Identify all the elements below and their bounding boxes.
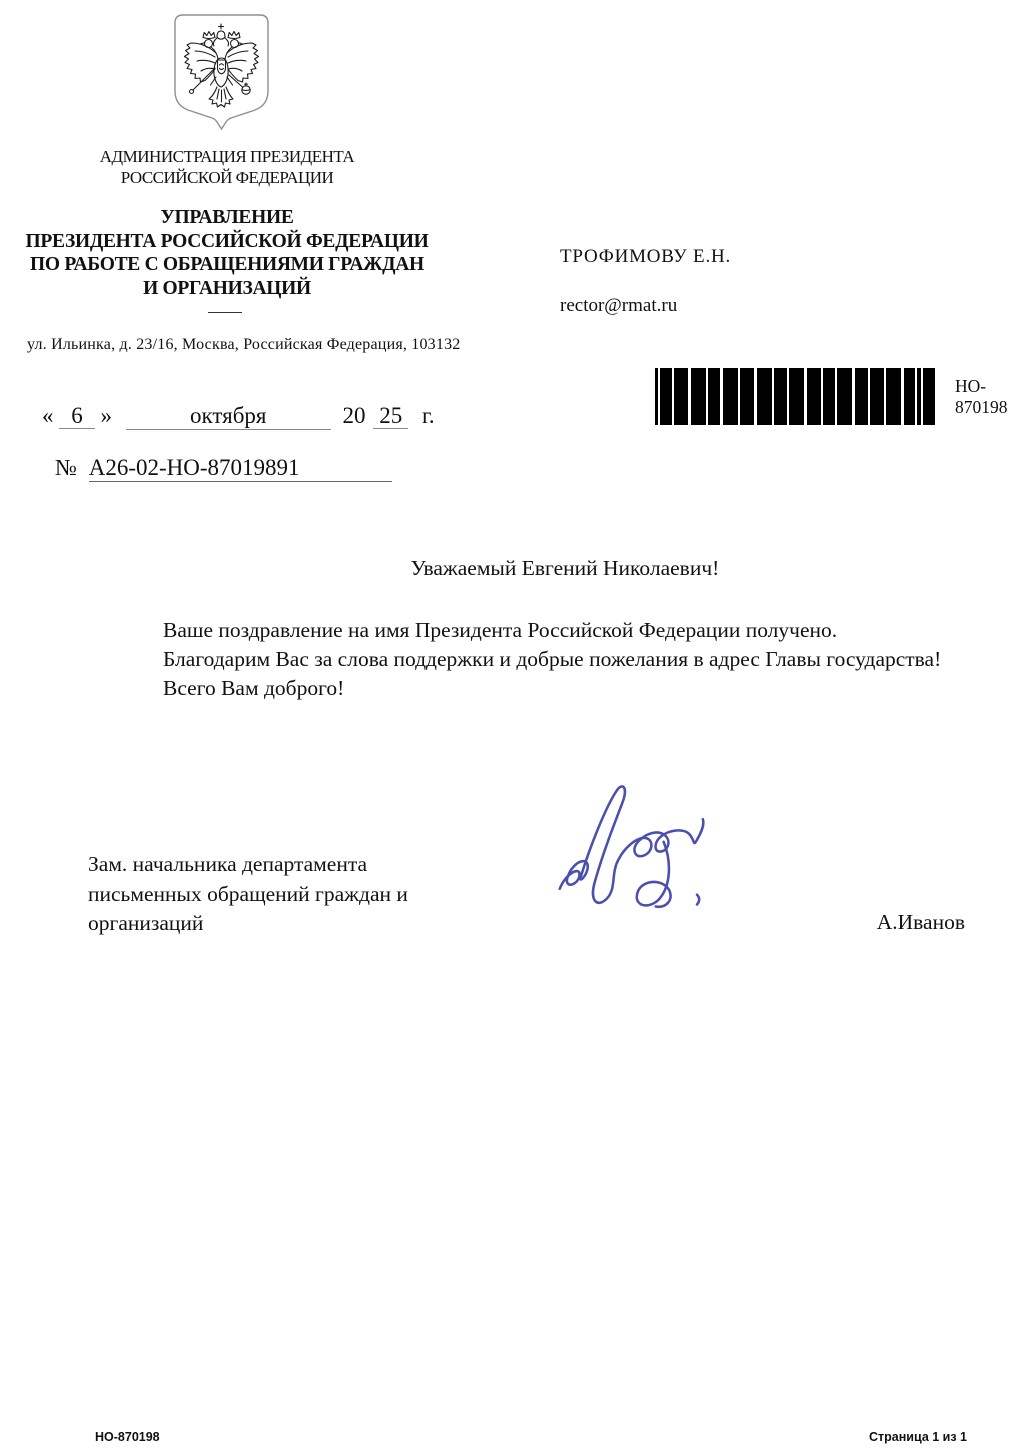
body-paragraph: Всего Вам доброго!: [95, 674, 967, 703]
department-name: УПРАВЛЕНИЕ ПРЕЗИДЕНТА РОССИЙСКОЙ ФЕДЕРАЦ…: [2, 206, 452, 300]
number-sign: №: [55, 455, 77, 480]
footer-page-info: Страница 1 из 1: [869, 1430, 967, 1444]
org-name-line: РОССИЙСКОЙ ФЕДЕРАЦИИ: [2, 167, 452, 188]
letter-body: Ваше поздравление на имя Президента Росс…: [95, 616, 967, 703]
date-century: 20: [343, 403, 366, 428]
department-name-line: И ОРГАНИЗАЦИЙ: [2, 277, 452, 301]
date-year-suffix: г.: [422, 403, 435, 428]
handwritten-signature: [548, 778, 744, 932]
letter-page: АДМИНИСТРАЦИЯ ПРЕЗИДЕНТА РОССИЙСКОЙ ФЕДЕ…: [0, 0, 1024, 1454]
date-day: 6: [59, 403, 95, 429]
letterhead-divider: [208, 312, 242, 313]
barcode-label-line: 870198: [955, 397, 1008, 418]
salutation: Уважаемый Евгений Николаевич!: [130, 556, 1000, 581]
signer-title: Зам. начальника департамента письменных …: [88, 850, 508, 939]
document-number: А26-02-НО-87019891: [89, 455, 392, 482]
document-number-line: № А26-02-НО-87019891: [55, 455, 392, 482]
signer-name: А.Иванов: [760, 910, 965, 935]
date-line: « 6 » октября 20 25 г.: [42, 403, 435, 430]
signer-title-line: организаций: [88, 909, 508, 939]
footer-doc-code: НО-870198: [95, 1430, 160, 1444]
department-name-line: УПРАВЛЕНИЕ: [2, 206, 452, 230]
body-paragraph: Ваше поздравление на имя Президента Росс…: [95, 616, 967, 645]
signer-title-line: Зам. начальника департамента: [88, 850, 508, 880]
barcode: [655, 368, 935, 425]
barcode-label-line: НО-: [955, 376, 1008, 397]
body-paragraph: Благодарим Вас за слова поддержки и добр…: [95, 645, 967, 674]
org-address: ул. Ильинка, д. 23/16, Москва, Российска…: [27, 336, 461, 354]
department-name-line: ПРЕЗИДЕНТА РОССИЙСКОЙ ФЕДЕРАЦИИ: [2, 230, 452, 254]
department-name-line: ПО РАБОТЕ С ОБРАЩЕНИЯМИ ГРАЖДАН: [2, 253, 452, 277]
org-name-line: АДМИНИСТРАЦИЯ ПРЕЗИДЕНТА: [2, 146, 452, 167]
date-open-quote: «: [42, 403, 54, 428]
recipient-name: ТРОФИМОВУ Е.Н.: [560, 246, 731, 268]
barcode-label: НО- 870198: [955, 376, 1008, 418]
date-close-quote: »: [101, 403, 113, 428]
coat-of-arms-icon: [171, 13, 272, 133]
recipient-email: rector@rmat.ru: [560, 295, 677, 317]
date-year: 25: [373, 403, 408, 429]
signer-title-line: письменных обращений граждан и: [88, 880, 508, 910]
date-month: октября: [126, 403, 331, 430]
org-name: АДМИНИСТРАЦИЯ ПРЕЗИДЕНТА РОССИЙСКОЙ ФЕДЕ…: [2, 146, 452, 188]
